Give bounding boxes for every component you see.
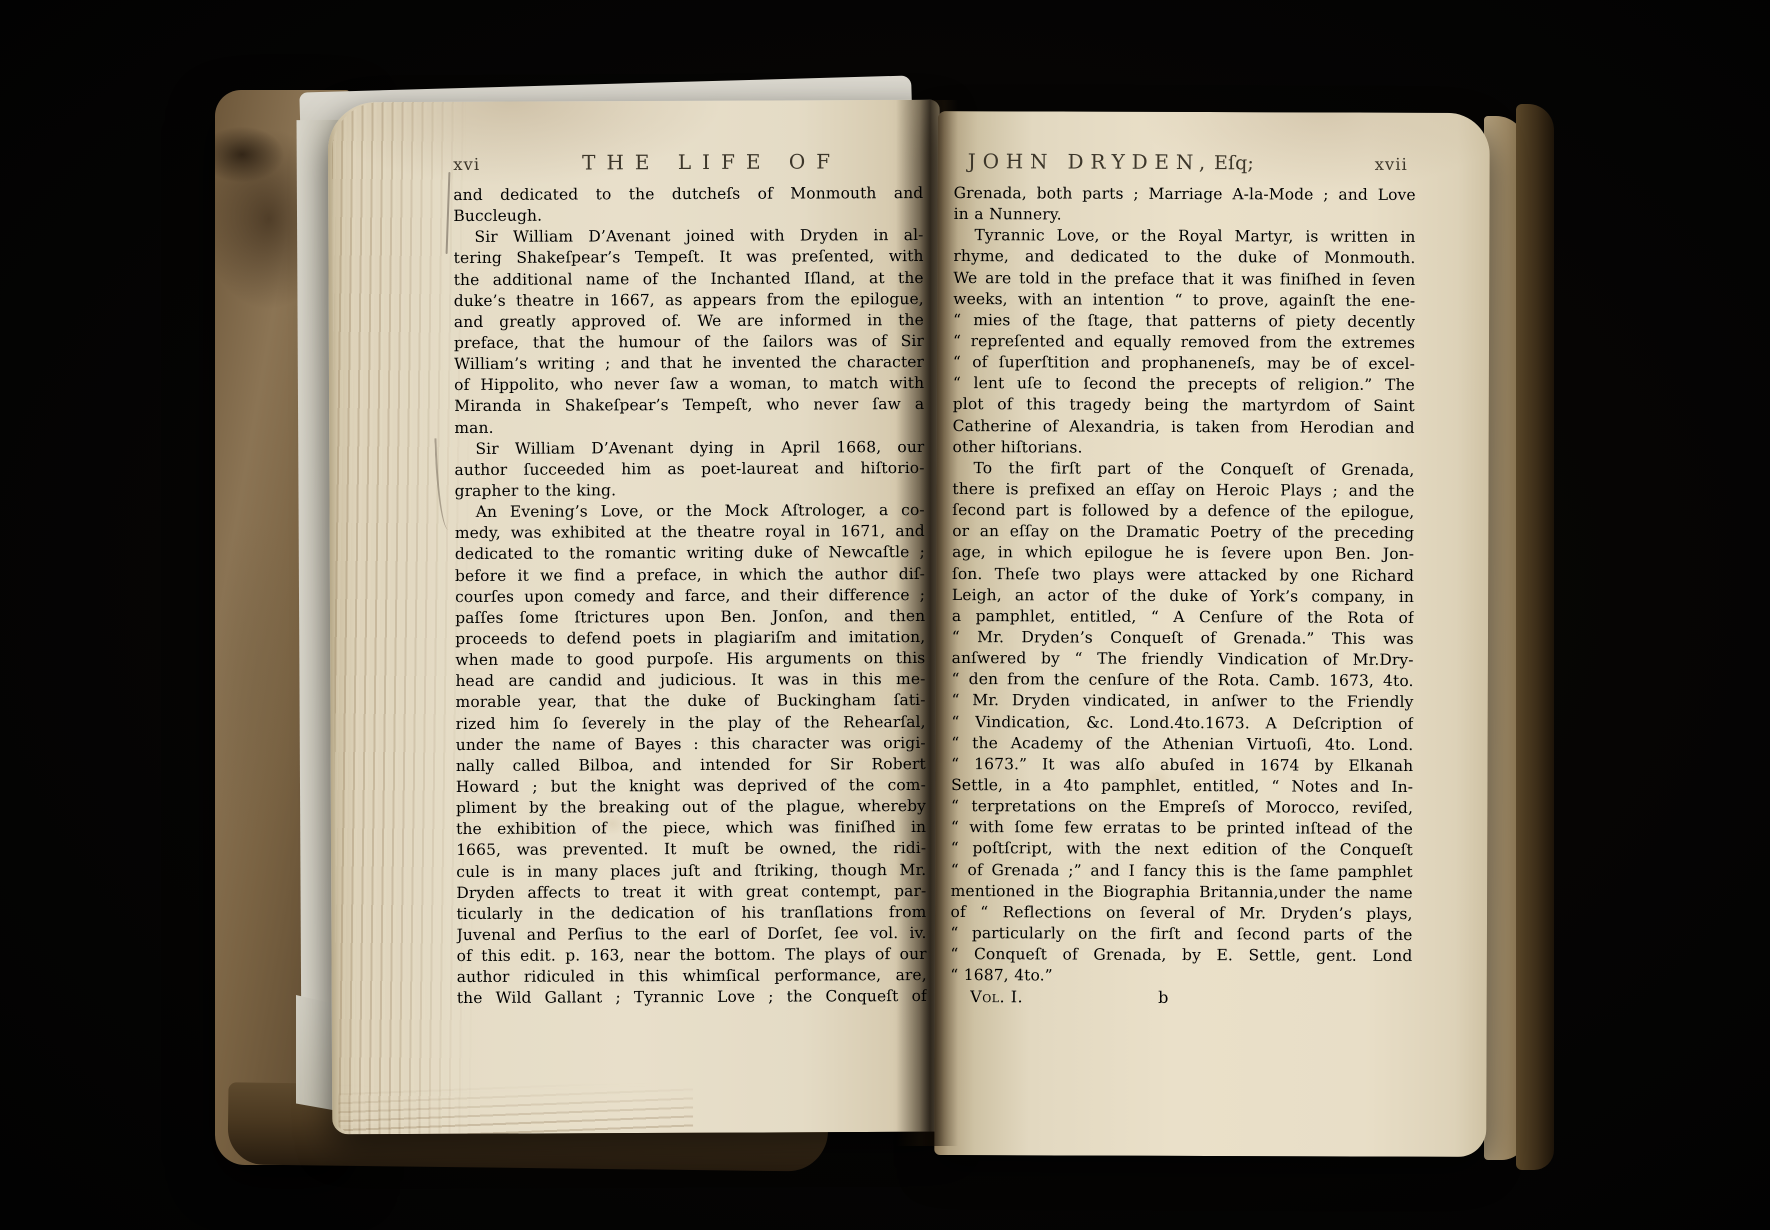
text-line: “ Mr. Dryden’s Conqueſt of Grenada.” Thi…	[952, 627, 1414, 650]
text-line: To the firſt part of the Conqueſt of Gre…	[952, 458, 1414, 481]
text-line: a pamphlet, entitled, “ A Cenſure of the…	[952, 606, 1414, 629]
text-line: Buccleugh.	[453, 204, 923, 227]
text-line: ſon. Theſe two plays were attacked by on…	[952, 564, 1414, 587]
text-line: “ Mr. Dryden vindicated, in anſwer to th…	[951, 690, 1413, 713]
text-line: head are candid and judicious. It was in…	[455, 669, 925, 692]
text-line: Leigh, an actor of the duke of York’s co…	[952, 585, 1414, 608]
right-running-title: JOHN DRYDEN,	[968, 149, 1212, 174]
text-line: “ of ſuperſtition and prophaneneſs, may …	[953, 352, 1415, 375]
right-running-title-suffix: Eſq;	[1214, 152, 1254, 174]
right-page-number: xvii	[1375, 155, 1408, 174]
text-line: of this edit. p. 163, near the bottom. T…	[457, 944, 927, 967]
text-line: of Hippolito, who never ſaw a woman, to …	[454, 373, 924, 396]
text-line: author ſucceeded him as poet-laureat and…	[454, 458, 924, 481]
text-line: ticularly in the dedication of his tranſ…	[456, 902, 926, 925]
volume-label: Vol. I.	[970, 987, 1023, 1006]
right-running-head: JOHN DRYDEN, Eſq; xvii	[954, 149, 1416, 179]
text-line: “ with ſome few erratas to be printed in…	[951, 817, 1413, 840]
text-line: “ particularly on the firſt and ſecond p…	[950, 923, 1412, 946]
text-line: rized him ſo ſeverely in the play of the…	[456, 711, 926, 734]
text-line: Juvenal and Perſius to the earl of Dorſe…	[457, 923, 927, 946]
text-line: “ mies of the ſtage, that patterns of pi…	[953, 310, 1415, 333]
signature-mark: b	[1158, 988, 1168, 1007]
text-line: grapher to the king.	[455, 479, 925, 502]
text-line: man.	[454, 416, 924, 439]
text-line: “ of Grenada ;” and I fancy this is the …	[951, 859, 1413, 882]
text-line: Settle, in a 4to pamphlet, entitled, “ N…	[951, 775, 1413, 798]
text-line: age, in which epilogue he is ſevere upon…	[952, 542, 1414, 565]
text-line: preface, that the humour of the ſailors …	[454, 331, 924, 354]
text-line: when made to good purpoſe. His arguments…	[455, 648, 925, 671]
text-line: duke’s theatre in 1667, as appears from …	[454, 289, 924, 312]
text-line: the Wild Gallant ; Tyrannic Love ; the C…	[457, 986, 927, 1009]
text-line: before it we find a preface, in which th…	[455, 564, 925, 587]
text-line: dedicated to the romantic writing duke o…	[455, 542, 925, 565]
text-line: Howard ; but the knight was deprived of …	[456, 775, 926, 798]
text-line: medy, was exhibited at the theatre royal…	[455, 521, 925, 544]
text-line: “ den from the cenſure of the Rota. Camb…	[952, 669, 1414, 692]
right-page-text: JOHN DRYDEN, Eſq; xvii Grenada, both par…	[950, 149, 1416, 1011]
book-cover-right-edge	[1516, 104, 1554, 1170]
text-line: Sir William D’Avenant joined with Dryden…	[453, 225, 923, 248]
text-line: the additional name of the Inchanted Iſl…	[454, 268, 924, 291]
text-line: 1665, was prevented. It muſt be owned, t…	[456, 838, 926, 861]
text-line: under the name of Bayes : this character…	[456, 733, 926, 756]
text-line: “ terpretations on the Empreſs of Morocc…	[951, 796, 1413, 819]
text-line: proceeds to defend poets in plagiariſm a…	[455, 627, 925, 650]
text-line: of “ Reflections on ſeveral of Mr. Dryde…	[951, 902, 1413, 925]
text-line: “ Conqueſt of Grenada, by E. Settle, gen…	[950, 944, 1412, 967]
text-line: morable year, that the duke of Buckingha…	[455, 690, 925, 713]
page-stack-ridges-bottom	[338, 1083, 693, 1135]
text-line: “ the Academy of the Athenian Virtuoſi, …	[951, 733, 1413, 756]
text-line: anſwered by “ The friendly Vindication o…	[952, 648, 1414, 671]
text-line: An Evening’s Love, or the Mock Aſtrologe…	[455, 500, 925, 523]
left-running-head: xvi THE LIFE OF	[453, 149, 923, 179]
text-line: rhyme, and dedicated to the duke of Monm…	[953, 246, 1415, 269]
text-line: paſſes ſome ſtrictures upon Ben. Jonſon,…	[455, 606, 925, 629]
text-line: Sir William D’Avenant dying in April 166…	[454, 437, 924, 460]
right-page-footer: Vol. I. b	[950, 987, 1412, 1011]
text-line: the exhibition of the piece, which was f…	[456, 817, 926, 840]
text-line: there is prefixed an eſſay on Heroic Pla…	[952, 479, 1414, 502]
text-line: cule is in many places juſt and ſtriking…	[456, 859, 926, 882]
text-line: “ poſtſcript, with the next edition of t…	[951, 838, 1413, 861]
text-line: mentioned in the Biographia Britannia,un…	[951, 881, 1413, 904]
text-line: plot of this tragedy being the martyrdom…	[953, 394, 1415, 417]
text-line: Grenada, both parts ; Marriage A-la-Mode…	[954, 183, 1416, 206]
left-page-body: and dedicated to the dutcheſs of Monmout…	[453, 183, 927, 1010]
left-page-number: xvi	[453, 155, 480, 174]
left-running-title: THE LIFE OF	[480, 149, 943, 175]
text-line: “ 1673.” It was alſo abuſed in 1674 by E…	[951, 754, 1413, 777]
text-line: Dryden affects to treat it with great co…	[456, 881, 926, 904]
text-line: “ repreſented and equally removed from t…	[953, 331, 1415, 354]
text-line: “ Vindication, &c. Lond.4to.1673. A Deſc…	[951, 712, 1413, 735]
text-line: tering Shakeſpear’s Tempeſt. It was preſ…	[454, 246, 924, 269]
text-line: and dedicated to the dutcheſs of Monmout…	[453, 183, 923, 206]
text-line: Tyrannic Love, or the Royal Martyr, is w…	[953, 225, 1415, 248]
text-line: ſecond part is followed by a defence of …	[952, 500, 1414, 523]
text-line: or an eſſay on the Dramatic Poetry of th…	[952, 521, 1414, 544]
text-line: and greatly approved of. We are informed…	[454, 310, 924, 333]
text-line: nally called Bilboa, and intended for Si…	[456, 754, 926, 777]
text-line: other hiſtorians.	[953, 437, 1415, 460]
text-line: “ lent uſe to ſecond the precepts of rel…	[953, 373, 1415, 396]
text-line: Miranda in Shakeſpear’s Tempeſt, who nev…	[454, 394, 924, 417]
text-line: courſes upon comedy and farce, and their…	[455, 585, 925, 608]
text-line: pliment by the breaking out of the plagu…	[456, 796, 926, 819]
book-photo: xvi THE LIFE OF and dedicated to the dut…	[0, 0, 1770, 1230]
text-line: in a Nunnery.	[954, 204, 1416, 227]
right-page-body: Grenada, both parts ; Marriage A-la-Mode…	[950, 183, 1416, 988]
text-line: author ridiculed in this whimſical perfo…	[457, 965, 927, 988]
text-line: “ 1687, 4to.”	[950, 965, 1412, 988]
left-page-text: xvi THE LIFE OF and dedicated to the dut…	[453, 149, 927, 1010]
text-line: William’s writing ; and that he invented…	[454, 352, 924, 375]
text-line: Catherine of Alexandria, is taken from H…	[953, 416, 1415, 439]
text-line: weeks, with an intention “ to prove, aga…	[953, 289, 1415, 312]
text-line: We are told in the preface that it was f…	[953, 268, 1415, 291]
